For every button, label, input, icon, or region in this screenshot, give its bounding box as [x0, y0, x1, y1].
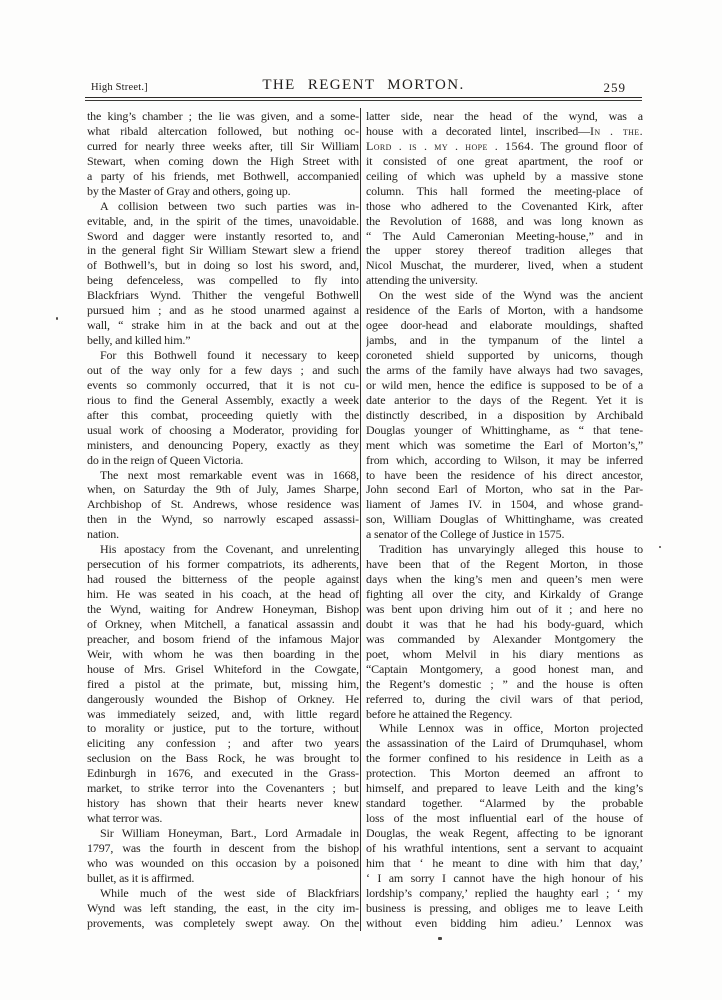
text-line: the assassination of the Laird of Drumqu… [366, 736, 643, 751]
paragraph: A collision between two such parties was… [87, 199, 359, 348]
text-line: loss of the most influential earl of the… [366, 811, 643, 826]
text-line: Douglas younger of Whittinghame, as “ th… [366, 423, 643, 438]
text-line: While much of the west side of Blackfria… [87, 886, 359, 901]
text-line: residence of the Earls of Morton, with a… [366, 303, 643, 318]
text-line: Douglas, the weak Regent, affecting to b… [366, 826, 643, 841]
text-line: him. He was seated in his coach, at the … [87, 587, 359, 602]
text-line: A collision between two such parties was… [87, 199, 359, 214]
text-line: fired a pistol at the primate, but, miss… [87, 677, 359, 692]
text-line: then in the Wynd, so narrowly escaped as… [87, 512, 359, 527]
text-line: the Wynd, waiting for Andrew Honeyman, B… [87, 602, 359, 617]
text-line: days when the king’s men and queen’s men… [366, 572, 643, 587]
text-line: ogee door-head and elaborate mouldings, … [366, 318, 643, 333]
text-line: belly, and killed him.” [87, 333, 359, 348]
text-line: to have been the residence of his direct… [366, 468, 643, 483]
text-line: it consisted of one great apartment, the… [366, 154, 643, 169]
text-line: a senator of the College of Justice in 1… [366, 527, 643, 542]
text-line: usual work of choosing a Moderator, prov… [87, 423, 359, 438]
text-line: Blackfriars Wynd. Thither the vengeful B… [87, 288, 359, 303]
lintel-inscription: Lord . is . my . hope . 1564. [366, 139, 534, 153]
text-line: ‘ I am sorry I cannot have the high hono… [366, 871, 643, 886]
text-line: latter side, near the head of the wynd, … [366, 109, 643, 124]
paragraph: Tradition has unvaryingly alleged this h… [366, 542, 643, 721]
text-line: John second Earl of Morton, who sat in t… [366, 482, 643, 497]
text-line: evitable, and, in the spirit of the time… [87, 214, 359, 229]
book-page: High Street.] THE REGENT MORTON. 259 the… [0, 0, 722, 1000]
text-line: liament of James IV. in 1504, and whose … [366, 497, 643, 512]
paragraph: His apostacy from the Covenant, and unre… [87, 542, 359, 826]
page-number: 259 [604, 80, 627, 96]
text-line: distinctly described, in a disposition b… [366, 408, 643, 423]
text-line: ment which was sometime the Earl of Mort… [366, 438, 643, 453]
text-line: business is pressing, and obliges me to … [366, 901, 643, 916]
text-line: curred for nearly three weeks after, til… [87, 139, 359, 154]
page-title: THE REGENT MORTON. [85, 77, 642, 94]
text-line: Sir William Honeyman, Bart., Lord Armada… [87, 826, 359, 841]
header-double-rule [85, 97, 642, 101]
text-line: before he attained the Regency. [366, 707, 643, 722]
text-line: ministers, and denouncing Popery, exactl… [87, 438, 359, 453]
text-line: to morality or justice, put to the tortu… [87, 721, 359, 736]
text-line: after this combat, proceeding quietly wi… [87, 408, 359, 423]
text-line: history has shown that their hearts neve… [87, 796, 359, 811]
page-header: High Street.] THE REGENT MORTON. 259 [85, 77, 642, 96]
text-line: the king’s chamber ; the lie was given, … [87, 109, 359, 124]
text-line: preacher, and bosom friend of the infamo… [87, 632, 359, 647]
text-line: of his wrathful intentions, sent a serva… [366, 841, 643, 856]
text-line: house with a decorated lintel, inscribed… [366, 124, 643, 139]
text-line: Archbishop of St. Andrews, whose residen… [87, 497, 359, 512]
text-line: dangerously wounded the Bishop of Orkney… [87, 692, 359, 707]
lintel-inscription: In . the. [590, 124, 643, 138]
ink-speck [438, 937, 442, 940]
ink-speck [56, 317, 58, 320]
text-line: referred to, during the civil wars of th… [366, 692, 643, 707]
text-line: protection. This Morton deemed an affron… [366, 766, 643, 781]
text-line: Sword and dagger were instantly resorted… [87, 229, 359, 244]
text-line: Edinburgh in 1676, and executed in the G… [87, 766, 359, 781]
text-line: Lord . is . my . hope . 1564. The ground… [366, 139, 643, 154]
text-line: Wynd was left standing, the east, in the… [87, 901, 359, 916]
paragraph: For this Bothwell found it necessary to … [87, 348, 359, 468]
text-line: poet, whom Melvil in his diary mentions … [366, 647, 643, 662]
text-line: fighting all over the city, and Kirkaldy… [366, 587, 643, 602]
text-line: standard together. “Alarmed by the proba… [366, 796, 643, 811]
paragraph: While Lennox was in office, Morton proje… [366, 721, 643, 930]
text-line: market, to strike terror into the Covena… [87, 781, 359, 796]
text-line: or wild men, hence the edifice is suppos… [366, 378, 643, 393]
text-line: His apostacy from the Covenant, and unre… [87, 542, 359, 557]
text-line: being defenceless, was compelled to fly … [87, 273, 359, 288]
text-line: Stewart, when coming down the High Stree… [87, 154, 359, 169]
text-line: from which, according to Wilson, it may … [366, 453, 643, 468]
text-line: Weir, with whom he was then boarding in … [87, 647, 359, 662]
text-line: rious to find the General Assembly, exac… [87, 393, 359, 408]
text-line: what terror was. [87, 811, 359, 826]
text-line: the upper storey thereof tradition alleg… [366, 243, 643, 258]
text-line: The next most remarkable event was in 16… [87, 468, 359, 483]
text-line: seclusion on the Bass Rock, he was broug… [87, 751, 359, 766]
text-line: was commanded by Alexander Montgomery th… [366, 632, 643, 647]
text-line: nation. [87, 527, 359, 542]
paragraph: The next most remarkable event was in 16… [87, 468, 359, 543]
text-line: who was wounded on this occasion by a po… [87, 856, 359, 871]
text-line: coroneted shield supported by unicorns, … [366, 348, 643, 363]
text-line: the Regent’s domestic ; ” and the house … [366, 677, 643, 692]
text-line: had roused the bitterness of the people … [87, 572, 359, 587]
text-line: was immediately seized, and, with little… [87, 707, 359, 722]
text-line: “Captain Montgomery, a good honest man, … [366, 662, 643, 677]
ink-speck [659, 546, 661, 548]
text-line: out of the way only for a few days ; and… [87, 363, 359, 378]
text-line: doubt it was that he had his body-guard,… [366, 617, 643, 632]
text-line: Nicol Muschat, the murderer, lived, when… [366, 258, 643, 273]
text-line: wall, “ strake him in at the back and ou… [87, 318, 359, 333]
text-line: have been that of the Regent Morton, in … [366, 557, 643, 572]
text-line: the Revolution of 1688, and was long kno… [366, 214, 643, 229]
text-line: events so commonly occurred, that it is … [87, 378, 359, 393]
text-line: 1797, was the fourth in descent from the… [87, 841, 359, 856]
text-line: of Bothwell’s, but in doing so lost his … [87, 258, 359, 273]
text-line: Tradition has unvaryingly alleged this h… [366, 542, 643, 557]
text-line: do in the reign of Queen Victoria. [87, 453, 359, 468]
text-line: him that ‘ he meant to dine with him tha… [366, 856, 643, 871]
text-line: “ The Auld Cameronian Meeting-house,” an… [366, 229, 643, 244]
text-line: On the west side of the Wynd was the anc… [366, 288, 643, 303]
text-line: eliciting any confession ; and after two… [87, 736, 359, 751]
text-line: provements, was completely swept away. O… [87, 916, 359, 931]
paragraph: latter side, near the head of the wynd, … [366, 109, 643, 288]
paragraph: While much of the west side of Blackfria… [87, 886, 359, 931]
text-line: was bent upon driving him out of it ; an… [366, 602, 643, 617]
text-line: himself, and prepared to leave Leith and… [366, 781, 643, 796]
text-column-right: latter side, near the head of the wynd, … [366, 109, 643, 931]
column-divider-rule [360, 108, 361, 931]
text-line: of Orkney, when Mitchell, a fanatical as… [87, 617, 359, 632]
text-line: persecution of his former compatriots, i… [87, 557, 359, 572]
text-line: in the general fight Sir William Stewart… [87, 243, 359, 258]
text-line: those who adhered to the Covenanted Kirk… [366, 199, 643, 214]
text-line: lordship’s company,’ replied the haughty… [366, 886, 643, 901]
text-line: without even bidding him adieu.’ Lennox … [366, 916, 643, 931]
text-line: what ribald altercation followed, but no… [87, 124, 359, 139]
text-line: jambs, and in the tympanum of the lintel… [366, 333, 643, 348]
paragraph: On the west side of the Wynd was the anc… [366, 288, 643, 542]
paragraph: Sir William Honeyman, Bart., Lord Armada… [87, 826, 359, 886]
text-line: For this Bothwell found it necessary to … [87, 348, 359, 363]
text-line: the arms of the family have always had t… [366, 363, 643, 378]
text-line: when, on Saturday the 9th of July, James… [87, 482, 359, 497]
text-line: ceiling of which was upheld by a massive… [366, 169, 643, 184]
text-line: son, William Douglas of Whittinghame, wa… [366, 512, 643, 527]
text-line: house of Mrs. Grisel Whiteford in the Co… [87, 662, 359, 677]
paragraph: the king’s chamber ; the lie was given, … [87, 109, 359, 199]
text-line: attending the university. [366, 273, 643, 288]
text-line: by the Master of Gray and others, going … [87, 184, 359, 199]
text-line: pursued him ; and as he stood unarmed ag… [87, 303, 359, 318]
text-line: date anterior to the days of the Regent.… [366, 393, 643, 408]
text-line: bullet, as it is affirmed. [87, 871, 359, 886]
text-line: the former confined to his residence in … [366, 751, 643, 766]
text-column-left: the king’s chamber ; the lie was given, … [87, 109, 359, 931]
text-line: a party of his friends, met Bothwell, ac… [87, 169, 359, 184]
text-line: column. This hall formed the meeting-pla… [366, 184, 643, 199]
text-line: While Lennox was in office, Morton proje… [366, 721, 643, 736]
